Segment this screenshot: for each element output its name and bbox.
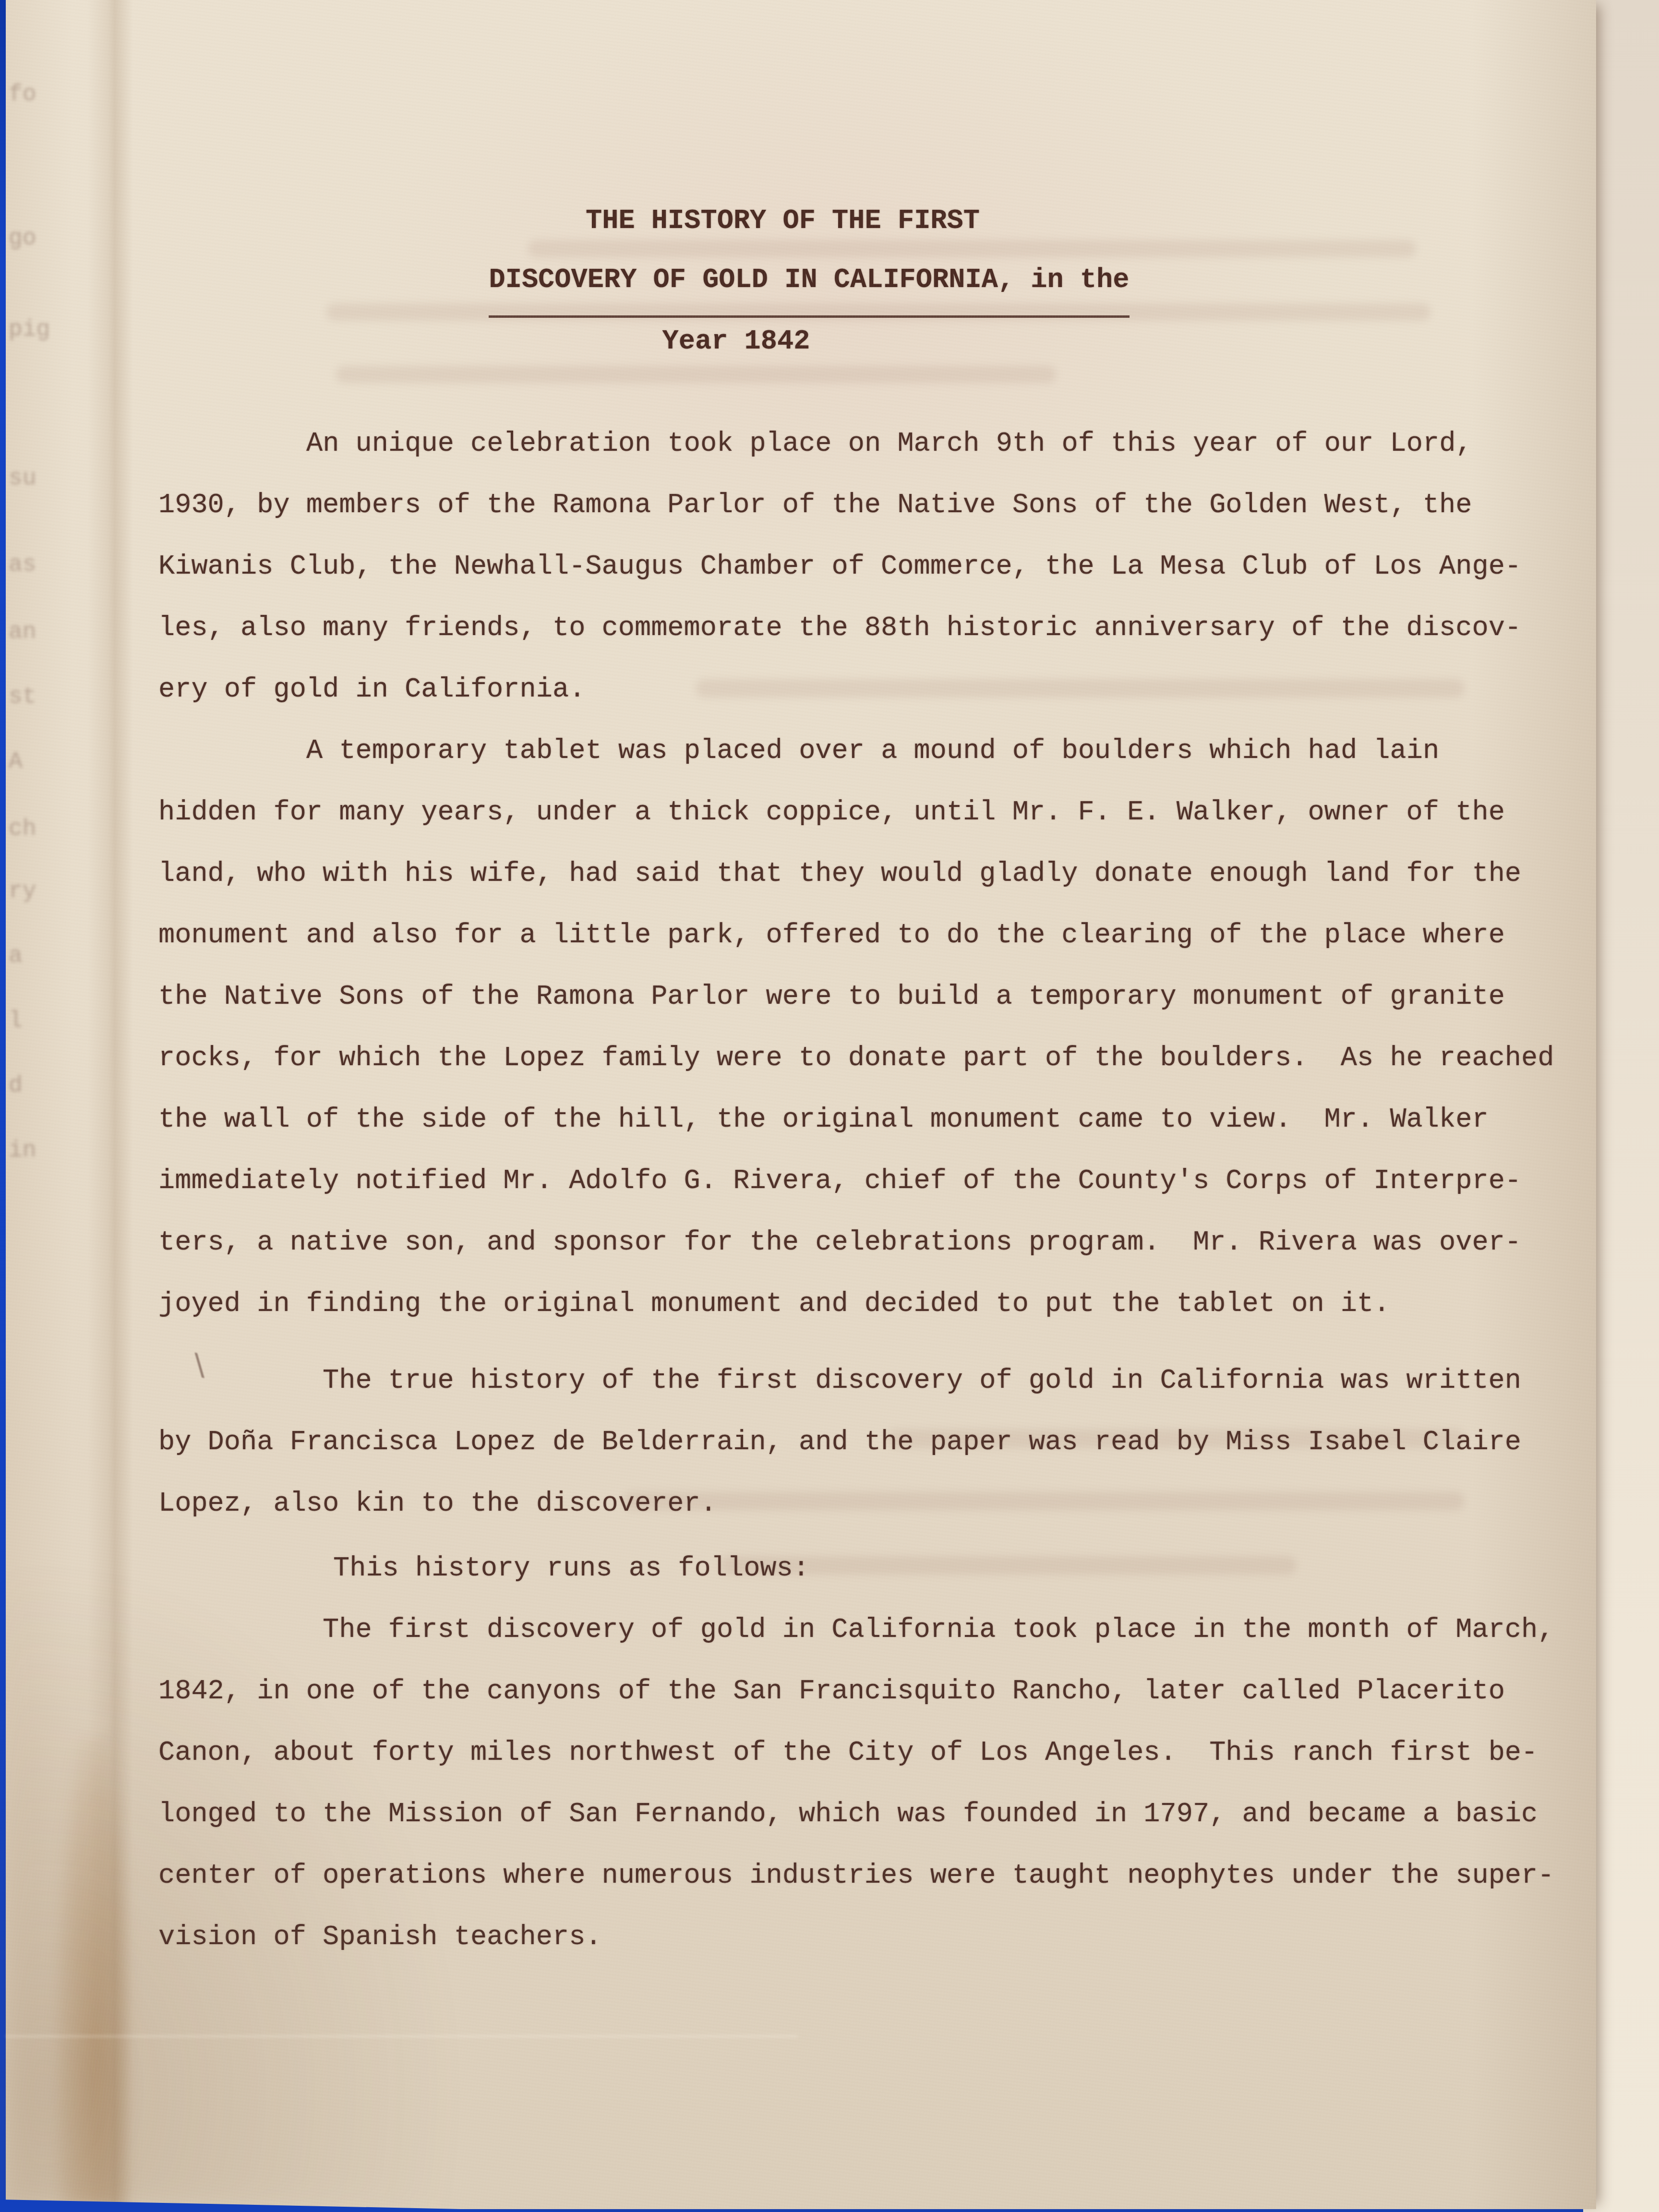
photo-of-typewritten-manuscript: { "colors": { "background_blue": "#1340b… [0, 0, 1659, 2212]
document-title-line-3: Year 1842 [158, 311, 1570, 373]
text-line: The first discovery of gold in Californi… [158, 1599, 1554, 1661]
text-line: An unique celebration took place on Marc… [158, 413, 1521, 475]
margin-bleedthrough-fragment: d [9, 1073, 55, 1099]
text-line: les, also many friends, to commemorate t… [158, 598, 1521, 659]
paragraph-1: An unique celebration took place on Marc… [158, 413, 1521, 721]
typewritten-text: THE HISTORY OF THE FIRST DISCOVERY OF GO… [158, 0, 1579, 2209]
text-line: monument and also for a little park, off… [158, 905, 1554, 966]
document-title-line-2: DISCOVERY OF GOLD IN CALIFORNIA, in the [158, 250, 1570, 318]
margin-bleedthrough-fragment: as [9, 552, 55, 578]
text-line: rocks, for which the Lopez family were t… [158, 1028, 1554, 1089]
text-line: ters, a native son, and sponsor for the … [158, 1212, 1554, 1274]
text-line: land, who with his wife, had said that t… [158, 843, 1554, 905]
title-text: THE HISTORY OF THE FIRST [586, 191, 980, 252]
text-line: ery of gold in California. [158, 659, 1521, 721]
paragraph-3: The true history of the first discovery … [158, 1350, 1521, 1535]
text-line: immediately notified Mr. Adolfo G. River… [158, 1151, 1554, 1212]
margin-bleedthrough-fragment: A [9, 749, 55, 775]
title-text-underlined: DISCOVERY OF GOLD IN CALIFORNIA, in the [489, 250, 1129, 318]
paragraph-5: The first discovery of gold in Californi… [158, 1599, 1554, 1968]
text-line: 1842, in one of the canyons of the San F… [158, 1661, 1554, 1722]
paragraph-2: A temporary tablet was placed over a mou… [158, 721, 1554, 1335]
text-line: vision of Spanish teachers. [158, 1907, 1554, 1968]
text-line: hidden for many years, under a thick cop… [158, 782, 1554, 843]
text-line: Kiwanis Club, the Newhall-Saugus Chamber… [158, 536, 1521, 598]
margin-bleedthrough-fragment: st [9, 684, 55, 710]
paragraph-4: This history runs as follows: [158, 1538, 809, 1599]
scanned-page: fo go pig su as an st A ch ry a l d in \… [6, 0, 1596, 2209]
margin-bleedthrough-fragment: in [9, 1138, 55, 1164]
text-line: This history runs as follows: [158, 1538, 809, 1599]
text-line: the Native Sons of the Ramona Parlor wer… [158, 966, 1554, 1028]
text-line: Lopez, also kin to the discoverer. [158, 1473, 1521, 1535]
text-line: The true history of the first discovery … [158, 1350, 1521, 1412]
margin-bleedthrough-fragment: go [9, 226, 55, 252]
margin-bleedthrough-fragment: pig [9, 317, 55, 343]
margin-bleedthrough-fragment: an [9, 619, 55, 645]
text-line: center of operations where numerous indu… [158, 1845, 1554, 1907]
margin-bleedthrough-fragment: ry [9, 878, 55, 904]
text-line: joyed in finding the original monument a… [158, 1274, 1554, 1335]
text-line: A temporary tablet was placed over a mou… [158, 721, 1554, 782]
text-line: Canon, about forty miles northwest of th… [158, 1722, 1554, 1784]
margin-bleedthrough-fragment: fo [9, 82, 55, 108]
margin-bleedthrough-fragment: ch [9, 816, 55, 842]
margin-bleedthrough-fragment: su [9, 466, 55, 492]
margin-bleedthrough-fragment: a [9, 943, 55, 969]
document-title-line-1: THE HISTORY OF THE FIRST [158, 191, 1570, 252]
margin-bleedthrough-fragment: l [9, 1008, 55, 1034]
text-line: the wall of the side of the hill, the or… [158, 1089, 1554, 1151]
text-line: by Doña Francisca Lopez de Belderrain, a… [158, 1412, 1521, 1473]
text-line: longed to the Mission of San Fernando, w… [158, 1784, 1554, 1845]
text-line: 1930, by members of the Ramona Parlor of… [158, 475, 1521, 536]
title-text: Year 1842 [662, 311, 810, 373]
